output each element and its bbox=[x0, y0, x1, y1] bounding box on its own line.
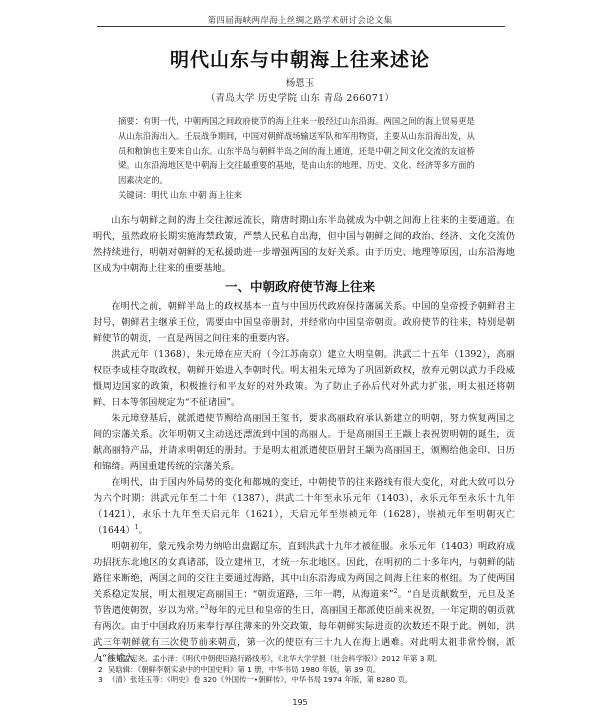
paragraph: 朱元璋登基后，就派遣使节赐给高丽国王玺书，要求高丽政府承认新建立的明朝，努力恢复… bbox=[93, 411, 515, 475]
abstract-label: 摘要： bbox=[118, 116, 143, 126]
running-header: 第四届海峡两岸海上丝绸之路学术研讨会论文集 bbox=[0, 14, 600, 26]
footnote: 3（清）张廷玉等：《明史》卷 320《外国传一•朝鲜传》，中华书局 1974 年… bbox=[98, 675, 538, 686]
paragraph: 在明代，由于国内外局势的变化和都城的变迁，中朝使节的往来路线有很大变化，对此大致… bbox=[93, 475, 515, 539]
footnote-number: 2 bbox=[98, 665, 108, 676]
author-name: 杨恩玉 bbox=[0, 75, 600, 89]
footnote-number: 1 bbox=[98, 654, 108, 665]
footnote-text: 参见孟宪尧、孟小泽：《明代中朝使臣路行路线考》，《北华大学学报（社会科学版）》2… bbox=[108, 654, 442, 663]
section-1-body: 在明代之前，朝鲜半岛上的政权基本一直与中国历代政府保持藩属关系。中国的皇帝授予朝… bbox=[93, 299, 515, 667]
footnotes: 1参见孟宪尧、孟小泽：《明代中朝使臣路行路线考》，《北华大学学报（社会科学版）》… bbox=[98, 654, 538, 686]
footnote: 1参见孟宪尧、孟小泽：《明代中朝使臣路行路线考》，《北华大学学报（社会科学版）》… bbox=[98, 654, 538, 665]
introduction: 山东与朝鲜之间的海上交往源远流长，隋唐时期山东半岛就成为中朝之间海上往来的主要通… bbox=[93, 213, 515, 277]
abstract-block: 摘要：有明一代，中朝两国之间政府使节的海上往来一般经过山东沿海。两国之间的海上贸… bbox=[118, 114, 482, 203]
footnote-number: 3 bbox=[98, 675, 108, 686]
intro-paragraph: 山东与朝鲜之间的海上交往源远流长，隋唐时期山东半岛就成为中朝之间海上往来的主要通… bbox=[93, 213, 515, 277]
paragraph-tail: 。 bbox=[139, 525, 148, 536]
page-number: 195 bbox=[0, 698, 600, 707]
abstract-text: 有明一代，中朝两国之间政府使节的海上往来一般经过山东沿海。两国之间的海上贸易更是… bbox=[118, 116, 475, 185]
article-title: 明代山东与中朝海上往来述论 bbox=[0, 45, 600, 72]
footnote-text: 吴晗辑：《朝鲜李朝实录中的中国史料》第 1 册，中华书局 1980 年版，第 3… bbox=[108, 665, 380, 674]
footnote-text: （清）张廷玉等：《明史》卷 320《外国传一•朝鲜传》，中华书局 1974 年版… bbox=[108, 675, 412, 684]
header-rule bbox=[97, 26, 505, 27]
keywords-label: 关键词： bbox=[118, 190, 151, 200]
paragraph: 在明代之前，朝鲜半岛上的政权基本一直与中国历代政府保持藩属关系。中国的皇帝授予朝… bbox=[93, 299, 515, 347]
section-heading: 一、中朝政府使节海上往来 bbox=[0, 277, 600, 295]
paragraph: 洪武元年（1368），朱元璋在应天府（今江苏南京）建立大明皇朝。洪武二十五年（1… bbox=[93, 347, 515, 411]
author-affiliation: （青岛大学 历史学院 山东 青岛 266071） bbox=[0, 90, 600, 104]
paragraph-text: 在明代，由于国内外局势的变化和都城的变迁，中朝使节的往来路线有很大变化，对此大致… bbox=[93, 477, 515, 536]
footnote-rule bbox=[98, 648, 234, 649]
keywords-text: 明代 山东 中朝 海上往来 bbox=[151, 190, 242, 200]
abstract: 摘要：有明一代，中朝两国之间政府使节的海上往来一般经过山东沿海。两国之间的海上贸… bbox=[118, 114, 482, 188]
footnote: 2吴晗辑：《朝鲜李朝实录中的中国史料》第 1 册，中华书局 1980 年版，第 … bbox=[98, 665, 538, 676]
keywords: 关键词：明代 山东 中朝 海上往来 bbox=[118, 188, 482, 203]
